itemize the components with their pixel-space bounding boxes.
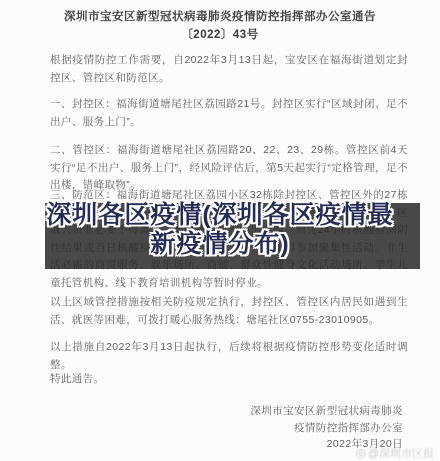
signature-issuer-line1: 深圳市宝安区新型冠状病毒肺炎 (250, 403, 403, 420)
paragraph-effective-date: 以上措施自2022年3月13日起执行，后续将根据疫情防控形势变化适时调整。 (50, 339, 408, 374)
watermark: ◎@深圳市区报 (355, 445, 434, 461)
paragraph-sealed-zone: 一、封控区：福海街道塘尾社区荔园路21号。封控区实行“区域封闭、足不出户、服务上… (50, 96, 408, 131)
headline-overlay-text: 深圳各区疫情(深圳各区疫情最 新疫情分布) (0, 201, 440, 258)
document-number: 〔2022〕43号 (0, 26, 440, 42)
headline-line-2: 新疫情分布) (0, 230, 440, 259)
paragraph-hotline: 以上区域管控措施按相关防疫规定执行，封控区、管控区内居民如遇到生活、就医等困难，… (50, 294, 408, 329)
document-title: 深圳市宝安区新型冠状病毒肺炎疫情防控指挥部办公室通告 (0, 8, 440, 24)
watermark-text: @深圳市区报 (368, 448, 434, 460)
notice-document-page: 深圳市宝安区新型冠状病毒肺炎疫情防控指挥部办公室通告 〔2022〕43号 根据疫… (0, 0, 440, 461)
paragraph-closing: 特此通告。 (50, 371, 408, 389)
watermark-logo-icon: ◎ (355, 446, 365, 460)
signature-issuer-line2: 疫情防控指挥部办公室 (250, 420, 403, 437)
headline-line-1: 深圳各区疫情(深圳各区疫情最 (0, 201, 440, 230)
paragraph-intro: 根据疫情防控工作需要，自2022年3月13日起，宝安区在福海街道划定封控区、管控… (50, 52, 408, 87)
